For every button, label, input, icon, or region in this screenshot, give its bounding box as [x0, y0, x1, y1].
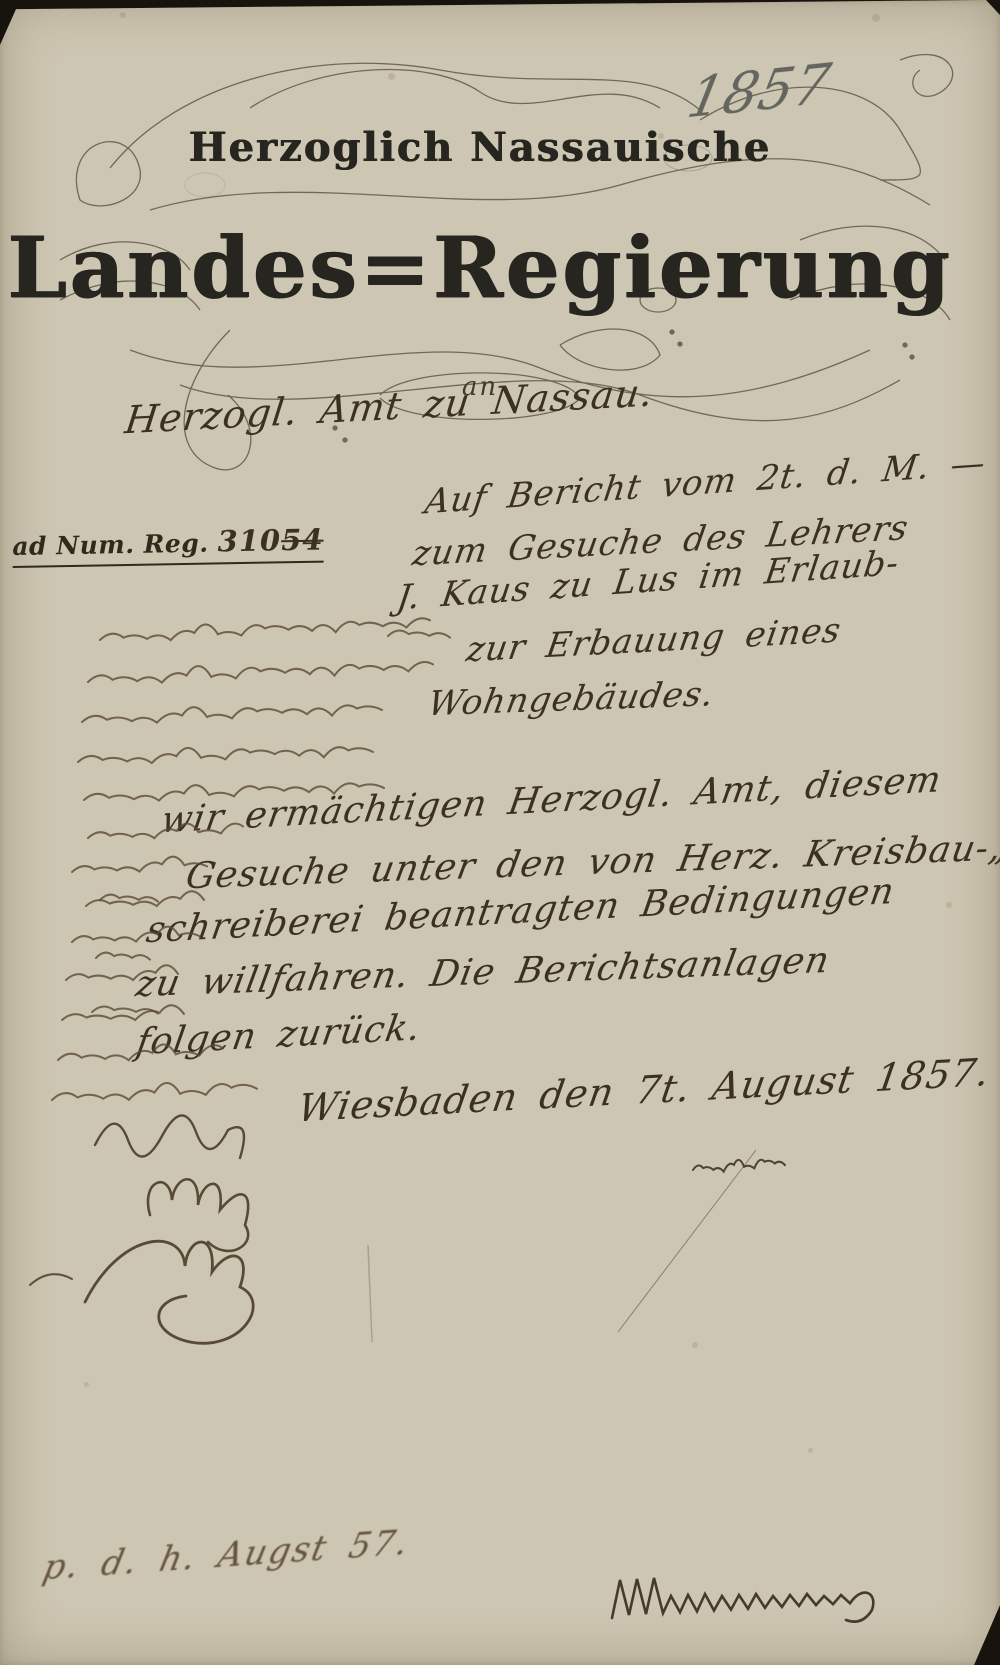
scanned-document: 1857 Herzoglich Nassauische Landes=Regie… [0, 0, 1000, 1665]
foxing-spot [120, 12, 126, 18]
foxing-spot [388, 73, 395, 80]
foxing-spot [658, 133, 664, 139]
foxing-spot [808, 1448, 813, 1453]
letterhead-pretitle: Herzoglich Nassauische [0, 124, 960, 171]
foxing-spot [872, 14, 880, 22]
registry-num-value: 310 [217, 523, 281, 558]
registry-label: ad Num. Reg. [12, 529, 209, 561]
foxing-spot [692, 1342, 698, 1348]
registry-num-struck: 54 [281, 523, 324, 558]
foxing-spot [84, 1382, 89, 1387]
foxing-spot [946, 902, 952, 908]
letterhead-title: Landes=Regierung [0, 218, 960, 317]
registry-number: ad Num. Reg. 31054 [12, 523, 324, 568]
